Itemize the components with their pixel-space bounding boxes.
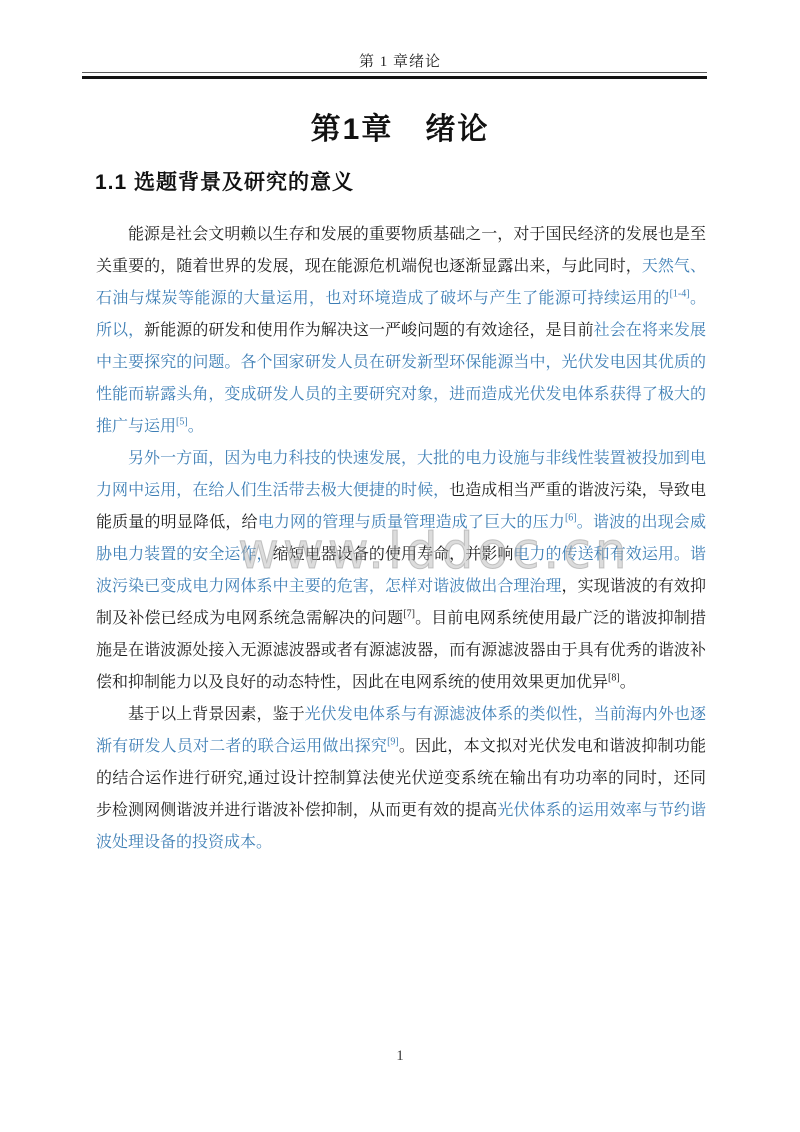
document-page: 第 1 章绪论 第1章 绪论 1.1 选题背景及研究的意义 能源是社会文明赖以生… bbox=[0, 0, 800, 1132]
text-span: 新能源的研发和使用作为解决这一严峻问题的有效途径，是目前 bbox=[144, 322, 593, 339]
running-header: 第 1 章绪论 bbox=[0, 50, 800, 71]
citation-ref: [6] bbox=[565, 513, 577, 524]
text-span: 电力网的管理与质量管理造成了巨大的压力 bbox=[258, 514, 565, 531]
text-span: 。 bbox=[620, 674, 636, 691]
text-span: 基于以上背景因素，鉴于 bbox=[128, 706, 305, 723]
body-text: 能源是社会文明赖以生存和发展的重要物质基础之一，对于国民经济的发展也是至关重要的… bbox=[96, 219, 706, 859]
paragraph: 能源是社会文明赖以生存和发展的重要物质基础之一，对于国民经济的发展也是至关重要的… bbox=[96, 219, 706, 443]
chapter-title: 第1章 绪论 bbox=[0, 104, 800, 148]
citation-ref: [9] bbox=[387, 737, 399, 748]
section-heading: 1.1 选题背景及研究的意义 bbox=[95, 166, 354, 196]
text-span: 能源是社会文明赖以生存和发展的重要物质基础之一，对于国民经济的发展也是至关重要的… bbox=[96, 226, 706, 275]
page-number: 1 bbox=[0, 1048, 800, 1065]
citation-ref: [1-4] bbox=[670, 289, 690, 300]
text-span: 缩短电器设备的使用寿命，并影响 bbox=[273, 546, 514, 563]
citation-ref: [8] bbox=[608, 673, 620, 684]
citation-ref: [7] bbox=[403, 609, 415, 620]
paragraph: 另外一方面，因为电力科技的快速发展，大批的电力设施与非线性装置被投加到电力网中运… bbox=[96, 443, 706, 699]
header-rule bbox=[82, 72, 707, 79]
text-span: 。 bbox=[188, 418, 204, 435]
running-header-text: 第 1 章绪论 bbox=[359, 54, 441, 70]
citation-ref: [5] bbox=[176, 417, 188, 428]
paragraph: 基于以上背景因素，鉴于光伏发电体系与有源滤波体系的类似性，当前海内外也逐渐有研发… bbox=[96, 699, 706, 859]
